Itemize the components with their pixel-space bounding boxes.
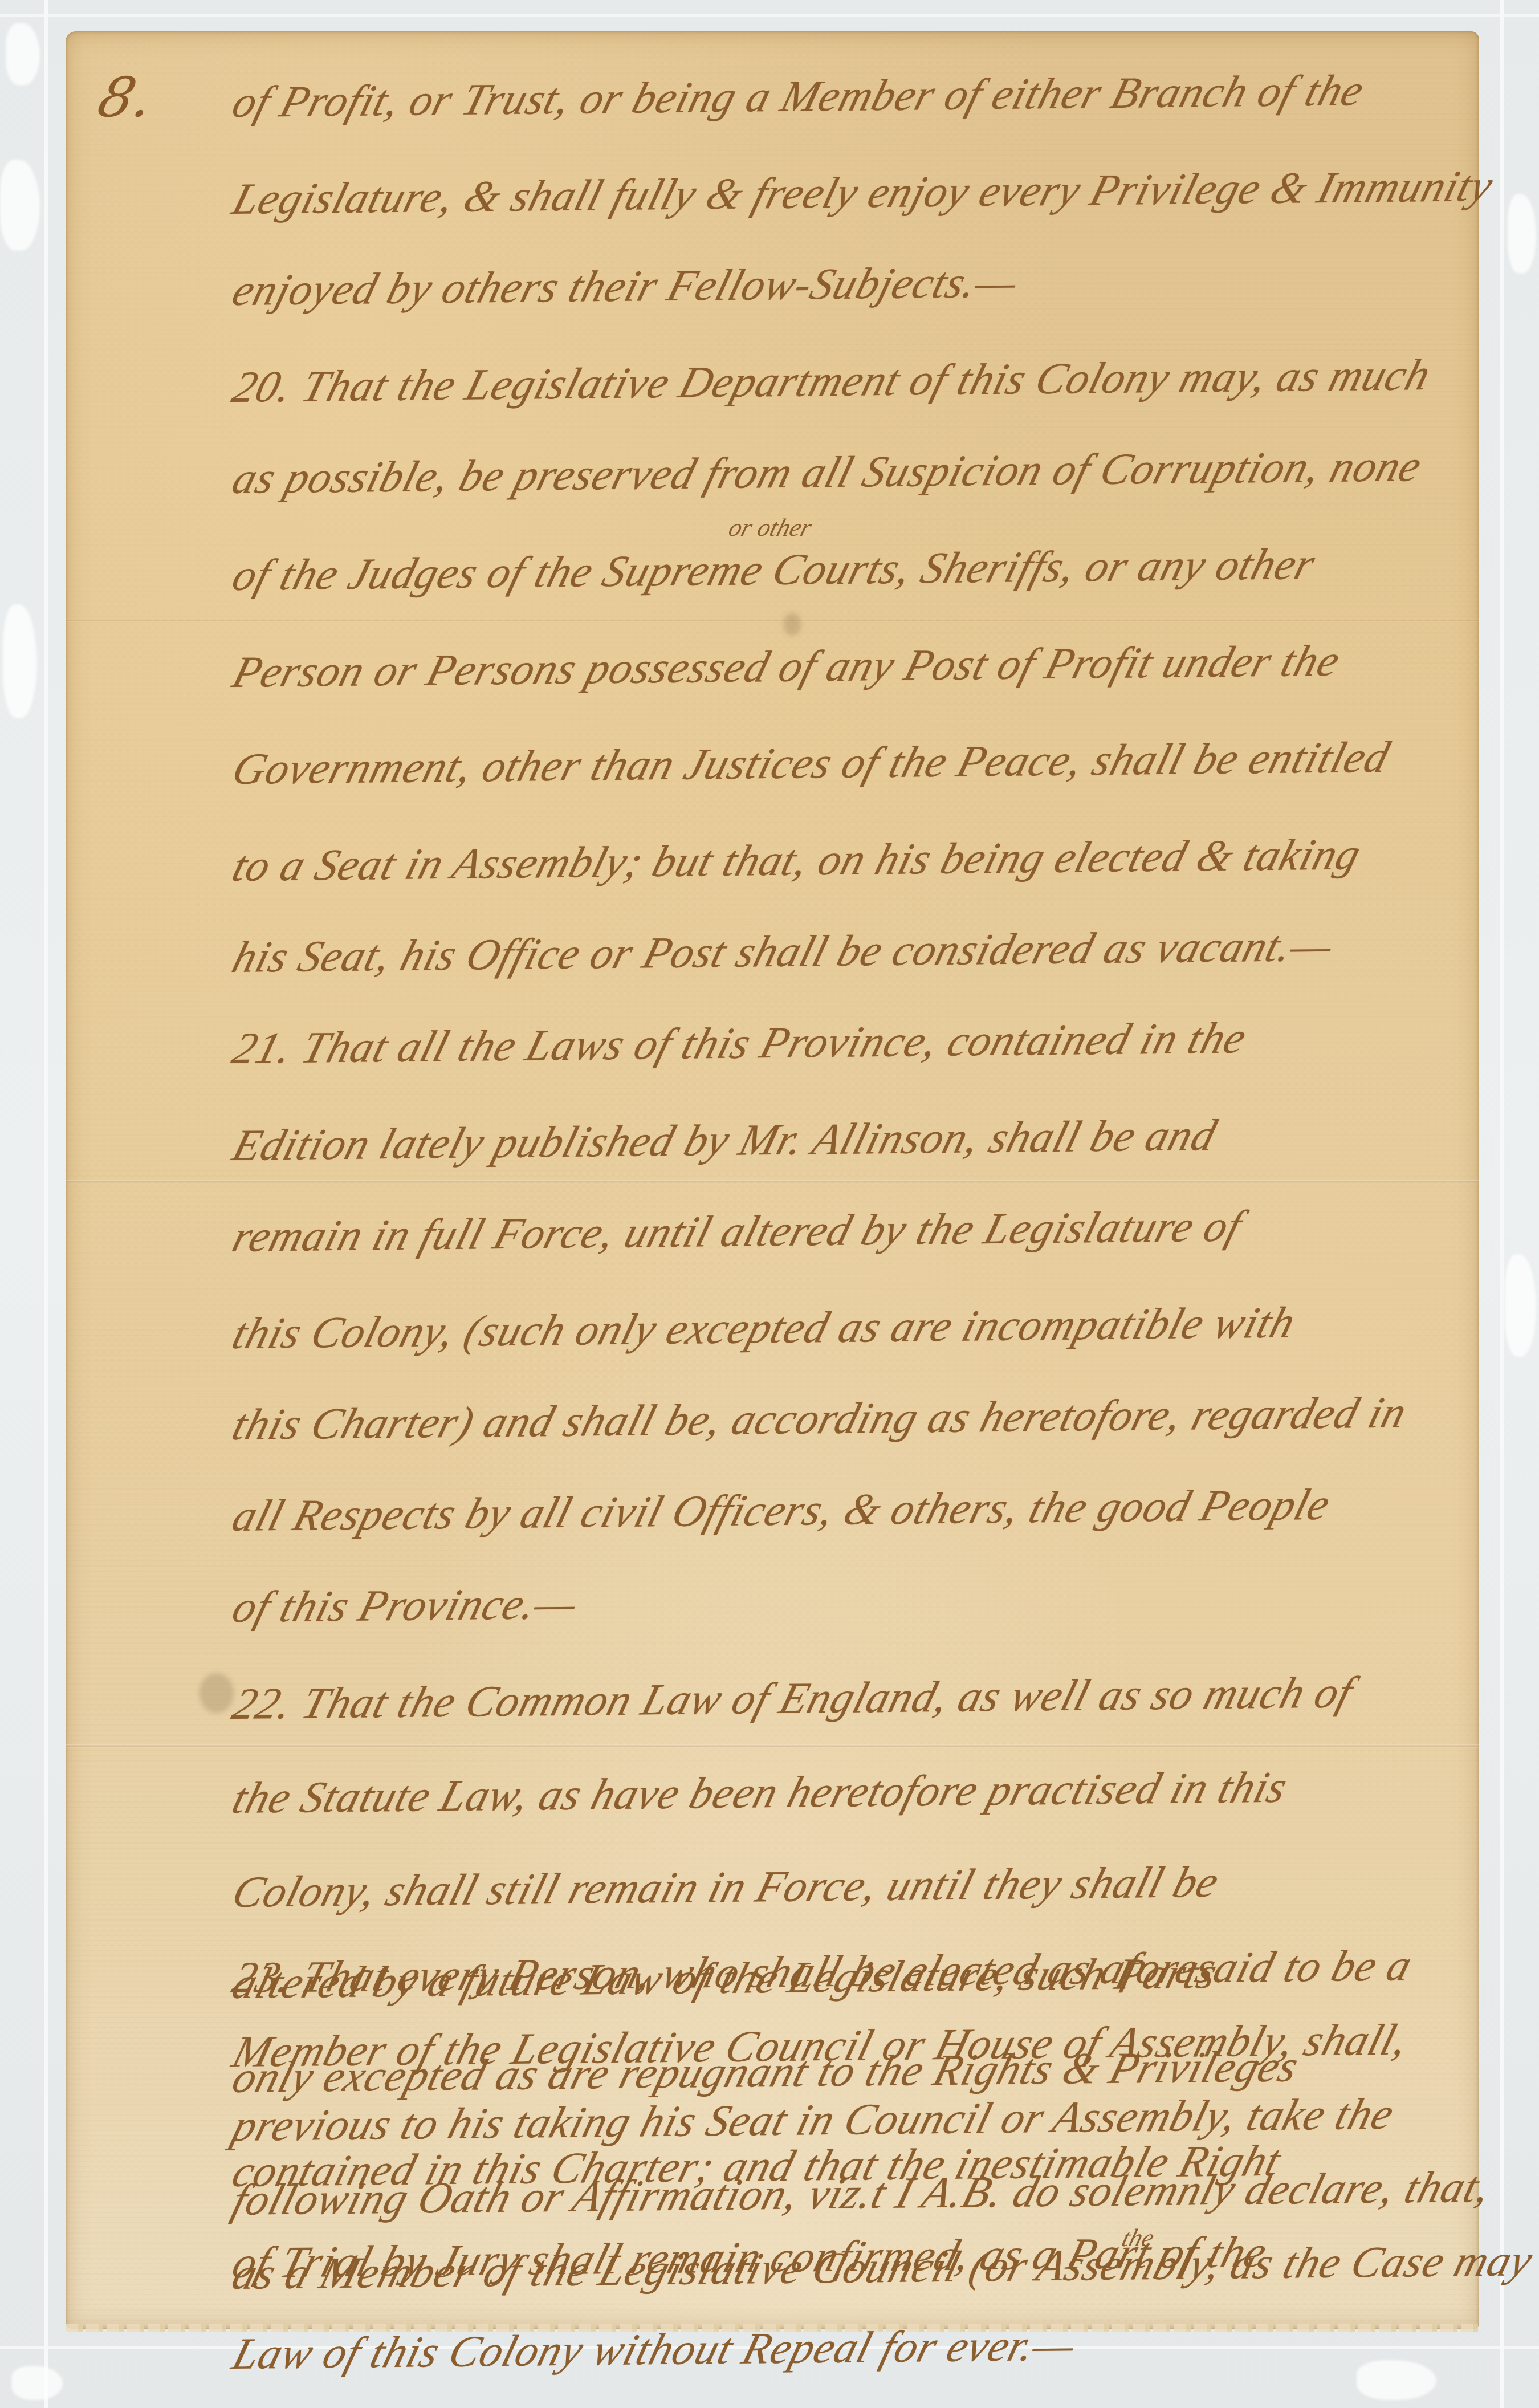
mat-reflection — [0, 160, 40, 251]
text-line: this Colony, (such only excepted as are … — [228, 1300, 1300, 1356]
text-line: Member of the Legislative Council or Hou… — [228, 2017, 1413, 2074]
text-line: of Profit, or Trust, or being a Member o… — [228, 68, 1369, 124]
text-line: Law of this Colony without Repeal for ev… — [228, 2323, 1081, 2376]
stain — [199, 1673, 234, 1713]
text-line: Colony, shall still remain in Force, unt… — [228, 1860, 1224, 1914]
fold-crease — [66, 1180, 1479, 1183]
fold-crease — [66, 1744, 1479, 1748]
text-line: Edition lately published by Mr. Allinson… — [228, 1113, 1222, 1168]
stain — [784, 613, 801, 636]
interlinear-insertion: or other — [726, 513, 816, 542]
text-line: this Charter) and shall be, according as… — [228, 1390, 1412, 1447]
text-line: the Statute Law, as have been heretofore… — [228, 1765, 1292, 1820]
text-line: all Respects by all civil Officers, & ot… — [228, 1482, 1335, 1538]
text-line: remain in full Force, until altered by t… — [228, 1204, 1247, 1259]
fold-crease — [66, 619, 1479, 622]
text-line: Government, other than Justices of the P… — [228, 735, 1394, 791]
text-line: as possible, be preserved from all Suspi… — [228, 444, 1427, 501]
article-22-heading-line: 22. That the Common Law of England, as w… — [228, 1670, 1358, 1726]
mat-reflection — [6, 23, 40, 86]
mat-reflection — [11, 2366, 63, 2400]
text-line: previous to his taking his Seat in Counc… — [228, 2092, 1399, 2148]
article-23-heading-line: 23. That every Person, who shall be elec… — [228, 1943, 1417, 2000]
mat-reflection — [1508, 194, 1536, 274]
text-line: Person or Persons possessed of any Post … — [228, 638, 1345, 694]
text-line: of the Judges of the Supreme Courts, She… — [228, 542, 1320, 597]
text-line: enjoyed by others their Fellow-Subjects.… — [228, 260, 1023, 312]
text-line: his Seat, his Office or Post shall be co… — [228, 924, 1338, 979]
article-20-heading-line: 20. That the Legislative Department of t… — [228, 352, 1436, 409]
mat-reflection — [1357, 2360, 1436, 2400]
article-21-heading-line: 21. That all the Laws of this Province, … — [228, 1015, 1252, 1071]
text-line: to a Seat in Assembly; but that, on his … — [228, 832, 1366, 888]
text-line: of this Province.— — [228, 1581, 582, 1629]
